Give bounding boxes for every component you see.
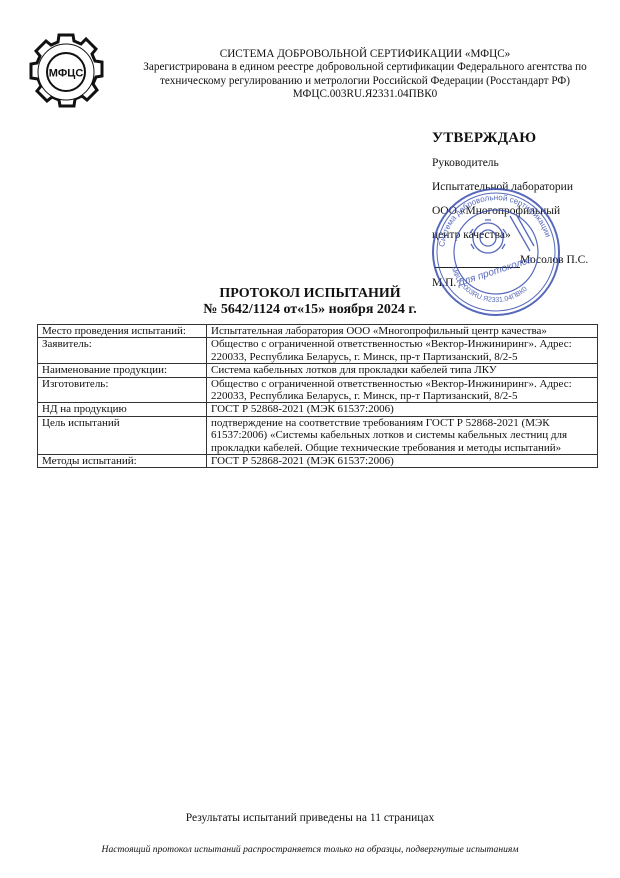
row-value: Общество с ограниченной ответственностью… (207, 377, 598, 403)
row-label: Цель испытаний (38, 416, 207, 454)
results-note: Результаты испытаний приведены на 11 стр… (0, 812, 620, 824)
table-row-test-methods: Методы испытаний: ГОСТ Р 52868-2021 (МЭК… (38, 455, 598, 468)
row-value: подтверждение на соответствие требования… (207, 416, 598, 454)
row-value: ГОСТ Р 52868-2021 (МЭК 61537:2006) (207, 403, 598, 416)
row-value: Испытательная лаборатория ООО «Многопроф… (207, 325, 598, 338)
registration-number: МФЦС.003RU.Я2331.04ПВК0 (115, 88, 615, 101)
table-row-test-purpose: Цель испытаний подтверждение на соответс… (38, 416, 598, 454)
row-label: Методы испытаний: (38, 455, 207, 468)
row-value: Система кабельных лотков для прокладки к… (207, 364, 598, 377)
table-row-applicant: Заявитель: Общество с ограниченной ответ… (38, 338, 598, 364)
gear-logo-icon: МФЦС (27, 33, 105, 111)
row-label: НД на продукцию (38, 403, 207, 416)
certification-header: СИСТЕМА ДОБРОВОЛЬНОЙ СЕРТИФИКАЦИИ «МФЦС»… (115, 48, 615, 101)
mfcs-logo: МФЦС (27, 33, 105, 111)
table-row-standard: НД на продукцию ГОСТ Р 52868-2021 (МЭК 6… (38, 403, 598, 416)
table-row-manufacturer: Изготовитель: Общество с ограниченной от… (38, 377, 598, 403)
disclaimer-note: Настоящий протокол испытаний распростран… (0, 844, 620, 855)
approver-org-1: ООО «Многопрофильный (432, 199, 560, 223)
system-name: СИСТЕМА ДОБРОВОЛЬНОЙ СЕРТИФИКАЦИИ «МФЦС» (115, 48, 615, 61)
approver-position: Руководитель (432, 151, 499, 175)
row-label: Изготовитель: (38, 377, 207, 403)
registration-line-1: Зарегистрирована в едином реестре добров… (115, 61, 615, 74)
row-label: Заявитель: (38, 338, 207, 364)
row-label: Наименование продукции: (38, 364, 207, 377)
protocol-title-block: ПРОТОКОЛ ИСПЫТАНИЙ № 5642/1124 от«15» но… (0, 286, 620, 318)
registration-line-2: техническому регулированию и метрологии … (115, 75, 615, 88)
approver-org-2: центр качества» (432, 223, 511, 247)
protocol-info-table: Место проведения испытаний: Испытательна… (37, 324, 598, 468)
row-value: Общество с ограниченной ответственностью… (207, 338, 598, 364)
row-label: Место проведения испытаний: (38, 325, 207, 338)
svg-text:МФЦС: МФЦС (49, 68, 84, 80)
table-row-product-name: Наименование продукции: Система кабельны… (38, 364, 598, 377)
protocol-title: ПРОТОКОЛ ИСПЫТАНИЙ (0, 286, 620, 302)
row-value: ГОСТ Р 52868-2021 (МЭК 61537:2006) (207, 455, 598, 468)
signer-name: Мосолов П.С. (520, 254, 588, 266)
signature-line (434, 267, 520, 268)
table-row-test-location: Место проведения испытаний: Испытательна… (38, 325, 598, 338)
approval-title: УТВЕРЖДАЮ (432, 130, 617, 147)
protocol-number: № 5642/1124 от«15» ноября 2024 г. (0, 302, 620, 318)
approver-lab: Испытательной лаборатории (432, 175, 573, 199)
